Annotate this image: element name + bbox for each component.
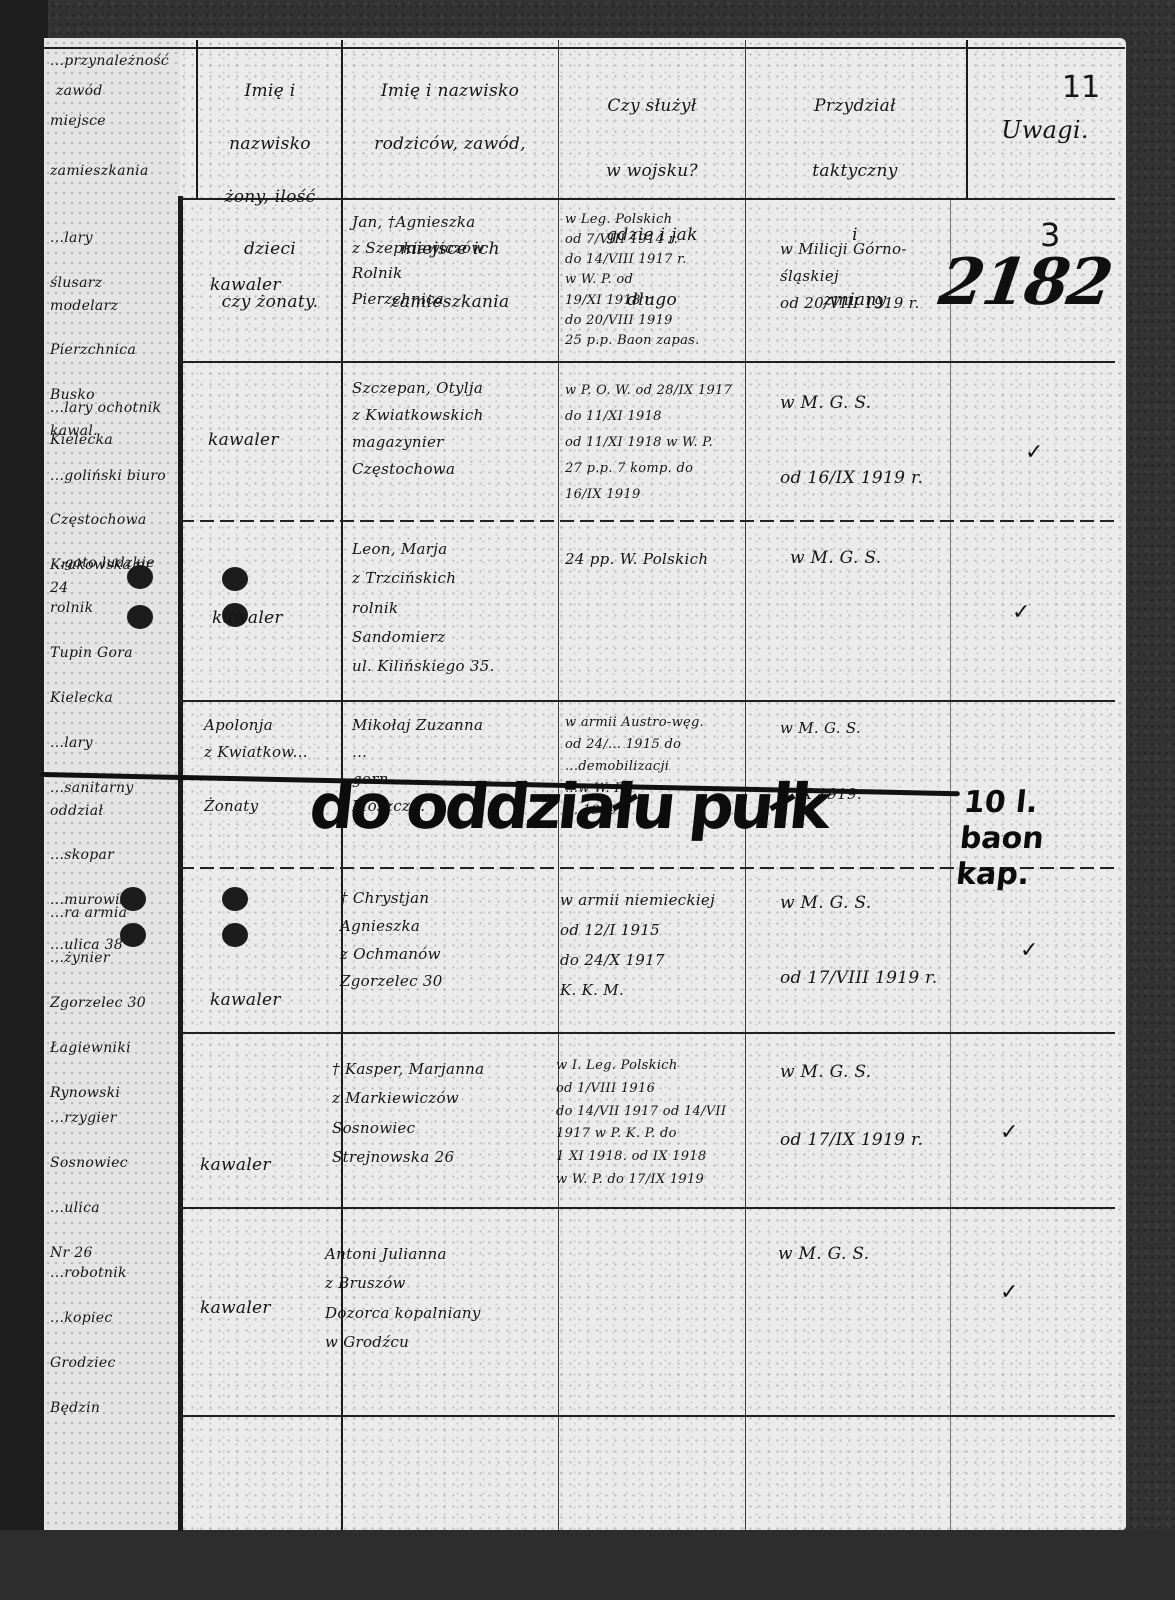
header-line: Imię i nazwisko [381, 81, 519, 101]
header-line: żony, ilość [225, 187, 316, 207]
strip-line: Kielecka [50, 690, 113, 706]
strip-line: Zgorzelec 30 [50, 995, 146, 1011]
header-line: dzieci [244, 239, 296, 259]
strip-line: ...skopar [50, 847, 114, 863]
cell-assignment: w M. G. S. od 17/VIII 1919 r. [780, 885, 960, 997]
header-line: Przydział [814, 96, 896, 116]
strip-line: Grodziec [50, 1355, 116, 1371]
strip-line: ...lary ochotnik kawal. [50, 400, 161, 438]
cell-assignment: w M. G. S. od 17/IX 1919 r. [780, 1055, 960, 1157]
strip-line: Pierzchnica [50, 342, 136, 358]
cell-spouse: kawaler [200, 1155, 271, 1176]
cell-service: w I. Leg. Polskich od 1/VIII 1916 do 14/… [556, 1055, 751, 1192]
cell-spouse: kawaler [210, 990, 281, 1011]
header-line: w wojsku? [606, 161, 698, 181]
overwrite-note: 10 l. baon kap. [954, 785, 1115, 893]
grid-line [180, 700, 1115, 702]
strip-header-2: zawód [56, 80, 103, 102]
checkmark-icon: ✓ [1012, 600, 1030, 625]
grid-line [950, 200, 951, 1530]
checkmark-icon: ✓ [1000, 1280, 1018, 1305]
cell-assignment: w M. G. S. [790, 548, 881, 569]
grid-binding-line [178, 196, 183, 1531]
strip-entry-3: ...goto ludzkie rolnik Tupin Gora Kielec… [50, 530, 175, 709]
strip-line: ...lary [50, 735, 93, 751]
strip-entry-7: ...robotnik ...kopiec Grodziec Będzin [50, 1240, 175, 1419]
strip-line: Częstochowa [50, 512, 147, 528]
strip-entry-6: ...rzygier Sosnowiec ...ulica Nr 26 [50, 1085, 175, 1264]
strip-header-3: miejsce [50, 110, 106, 132]
strip-line: ...ra armia [50, 905, 127, 921]
punch-hole-icon [127, 565, 153, 589]
strip-line: ...lary [50, 230, 93, 246]
registry-number: 2182 [935, 245, 1116, 320]
strip-header-1: ...przynależność [50, 50, 169, 72]
strip-line: rolnik [50, 600, 93, 616]
cell-parents: Jan, †Agnieszka z Szepkiewiczów Rolnik P… [352, 210, 557, 312]
header-remarks: Uwagi. [985, 112, 1105, 149]
punch-hole-icon [222, 567, 248, 591]
header-line: Imię i [245, 81, 296, 101]
checkmark-icon: ✓ [1000, 1120, 1018, 1145]
cell-parents: Szczepan, Otylja z Kwiatkowskich magazyn… [352, 375, 557, 483]
strip-line: ...ulica [50, 1200, 100, 1216]
strip-line: ...robotnik [50, 1265, 127, 1281]
grid-line [180, 1207, 1115, 1209]
strip-line: ...kopiec [50, 1310, 113, 1326]
header-line: Czy służył [607, 96, 696, 116]
grid-line [180, 520, 1115, 522]
cell-parents: † Kasper, Marjanna z Markiewiczów Sosnow… [332, 1055, 557, 1172]
grid-line [966, 40, 968, 200]
grid-line [180, 1415, 1115, 1417]
page-number: 11 [1062, 70, 1100, 105]
punch-hole-icon [120, 887, 146, 911]
cell-spouse: kawaler [200, 1298, 271, 1319]
scan-left-shadow [0, 0, 48, 1600]
strip-header-4: zamieszkania [50, 160, 149, 182]
overwrite-annotation: do oddziału pułk [306, 770, 830, 843]
strip-line: Łagiewniki [50, 1040, 131, 1056]
scan-bottom-margin [0, 1530, 1175, 1600]
strip-line: ...goliński biuro [50, 468, 166, 484]
punch-hole-icon [222, 923, 248, 947]
checkmark-icon: ✓ [1025, 440, 1043, 465]
grid-line [44, 47, 1125, 49]
cell-service: w P. O. W. od 28/IX 1917 do 11/XI 1918 o… [565, 378, 765, 508]
grid-line [196, 40, 198, 200]
cell-assignment: w M. G. S. [778, 1244, 869, 1265]
cell-spouse: kawaler [208, 430, 279, 451]
cell-parents: Antoni Julianna z Bruszów Dozorca kopaln… [325, 1240, 555, 1357]
cell-service: w armii niemieckiej od 12/I 1915 do 24/X… [560, 885, 750, 1005]
cell-parents: † Chrystjan Agnieszka z Ochmanów Zgorzel… [340, 885, 555, 996]
grid-line [180, 361, 1115, 363]
strip-entry-5: ...ra armia ...żynier Zgorzelec 30 Łagie… [50, 880, 175, 1104]
strip-line: Będzin [50, 1400, 100, 1416]
cell-assignment: w M. G. S. od 16/IX 1919 r. [780, 385, 950, 497]
punch-hole-icon [120, 923, 146, 947]
header-line: taktyczny [812, 161, 897, 181]
header-line: rodziców, zawód, [374, 134, 526, 154]
punch-hole-icon [127, 605, 153, 629]
strip-line: ...sanitarny oddział [50, 780, 134, 818]
strip-line: ...rzygier [50, 1110, 117, 1126]
cell-parents: Leon, Marja z Trzcińskich rolnik Sandomi… [352, 535, 557, 681]
cell-service: 24 pp. W. Polskich [565, 550, 765, 569]
cell-spouse: kawaler [212, 608, 283, 629]
header-line: nazwisko [229, 134, 311, 154]
strip-line: ślusarz modelarz [50, 275, 118, 313]
checkmark-icon: ✓ [1020, 938, 1038, 963]
strip-line: Sosnowiec [50, 1155, 128, 1171]
cell-service: w Leg. Polskich od 7/VIII 1914 r. do 14/… [565, 210, 755, 351]
strip-line: Tupin Gora [50, 645, 133, 661]
strip-line: ...żynier [50, 950, 110, 966]
grid-line [180, 1032, 1115, 1034]
cell-spouse: kawaler [210, 275, 281, 296]
punch-hole-icon [222, 887, 248, 911]
